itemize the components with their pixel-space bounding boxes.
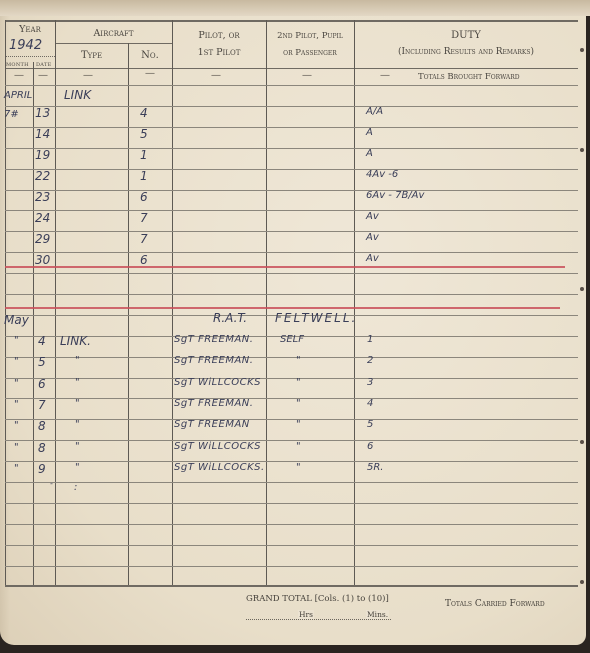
may-row-duty: 2 xyxy=(367,355,373,366)
dash-date: — xyxy=(38,70,48,81)
row-line xyxy=(5,273,578,274)
dash-month: — xyxy=(14,70,24,81)
may-row-aircraft-type: " xyxy=(75,398,80,409)
may-row-date: 5 xyxy=(38,355,46,369)
april-row-duty: Av xyxy=(366,232,379,243)
row-line xyxy=(5,461,578,462)
row-line xyxy=(5,169,578,170)
row-line xyxy=(5,545,578,546)
may-row-aircraft-type: " xyxy=(75,419,80,430)
may-station-prefix: R.A.T. xyxy=(213,311,247,325)
binding-hole xyxy=(580,580,584,584)
binding-hole xyxy=(580,440,584,444)
row-line xyxy=(5,440,578,441)
totals-brought-forward: Totals Brought Forward xyxy=(418,71,568,83)
april-row-date: 30 xyxy=(35,253,50,267)
april-row-aircraft-no: 7 xyxy=(140,211,148,225)
may-row-second-pilot: " xyxy=(296,441,301,452)
year-header: Year xyxy=(5,24,55,36)
may-row-second-pilot: " xyxy=(296,377,301,388)
row-line xyxy=(5,85,578,86)
april-row-duty: 6Av - 7B/Av xyxy=(366,190,424,201)
may-row-month-ditto: " xyxy=(14,356,19,367)
may-row-aircraft-type: LINK. xyxy=(60,334,91,348)
table-top-border xyxy=(5,20,578,22)
may-row-second-pilot: " xyxy=(296,462,301,473)
row-line xyxy=(5,378,578,379)
row-line xyxy=(5,252,578,253)
may-row-pilot: SgT WiLLCOCKS xyxy=(174,377,261,388)
dash-duty: — xyxy=(380,70,390,81)
col-line-second-duty xyxy=(354,20,355,585)
april-row-aircraft-no: 4 xyxy=(140,106,148,120)
may-row-duty: 6 xyxy=(367,441,373,452)
second-pilot-header-line2: or Passenger xyxy=(266,47,354,59)
binding-hole xyxy=(580,48,584,52)
trailing-mark-colon: : xyxy=(74,482,77,493)
may-row-aircraft-type: " xyxy=(75,462,80,473)
april-row-duty: A/A xyxy=(366,106,383,117)
may-row-duty: 3 xyxy=(367,377,373,388)
may-row-date: 6 xyxy=(38,377,46,391)
red-rule-may-start xyxy=(5,307,560,309)
may-row-date: 7 xyxy=(38,398,46,412)
may-row-date: 9 xyxy=(38,462,46,476)
row-line xyxy=(5,566,578,567)
year-dotted-line xyxy=(5,56,55,57)
may-row-pilot: SgT WiLLCOCKS. xyxy=(174,462,265,473)
may-row-pilot: SgT FREEMAN. xyxy=(174,355,253,366)
april-row-date: 14 xyxy=(35,127,50,141)
row-line xyxy=(5,357,578,358)
april-row-date: 22 xyxy=(35,169,50,183)
may-row-duty: 5R. xyxy=(367,462,384,473)
may-station-name: FELTWELL. xyxy=(275,311,357,325)
row-line xyxy=(5,210,578,211)
april-row-date: 23 xyxy=(35,190,50,204)
row-line xyxy=(5,190,578,191)
mins-label: Mins. xyxy=(366,610,389,619)
col-line-left xyxy=(5,20,6,585)
may-row-pilot: SgT FREEMAN xyxy=(174,419,250,430)
april-aircraft-type: LINK xyxy=(64,88,91,102)
may-row-duty: 5 xyxy=(367,419,373,430)
may-row-aircraft-type: " xyxy=(75,441,80,452)
april-row-aircraft-no: 7 xyxy=(140,232,148,246)
may-row-pilot: SgT FREEMAN. xyxy=(174,334,253,345)
april-row-aircraft-no: 1 xyxy=(140,169,148,183)
totals-carried-forward: Totals Carried Forward xyxy=(445,599,545,609)
duty-header: DUTY xyxy=(354,30,578,42)
may-row-month-ditto: " xyxy=(14,463,19,474)
may-row-date: 8 xyxy=(38,441,46,455)
hrs-label: Hrs xyxy=(298,610,314,619)
april-month-label: April xyxy=(4,90,32,101)
may-row-month-ditto: " xyxy=(14,399,19,410)
may-row-date: 8 xyxy=(38,419,46,433)
may-row-second-pilot: SELF xyxy=(280,334,304,345)
may-row-duty: 1 xyxy=(367,334,373,345)
dash-no: — xyxy=(145,68,155,79)
april-row-duty: 4Av -6 xyxy=(366,169,398,180)
april-row-aircraft-no: 5 xyxy=(140,127,148,141)
april-row-aircraft-no: 6 xyxy=(140,190,148,204)
col-line-date-type xyxy=(55,20,56,585)
binding-hole xyxy=(580,287,584,291)
dash-second-pilot: — xyxy=(302,70,312,81)
grand-total-label: GRAND TOTAL [Cols. (1) to (10)] xyxy=(246,594,389,604)
may-month-label: May xyxy=(4,313,29,327)
no-header: No. xyxy=(128,50,172,62)
year-value: 1942 xyxy=(9,38,42,53)
april-row-date: 24 xyxy=(35,211,50,225)
may-row-month-ditto: " xyxy=(14,378,19,389)
trailing-mark-dash: - xyxy=(50,479,53,488)
pilot-header-line1: Pilot, or xyxy=(172,30,266,42)
april-row-duty: A xyxy=(366,148,373,159)
may-row-pilot: SgT WiLLCOCKS xyxy=(174,441,261,452)
dash-type: — xyxy=(83,70,93,81)
april-row-duty: Av xyxy=(366,211,379,222)
pilot-header-line2: 1st Pilot xyxy=(172,47,266,59)
col-line-month-date xyxy=(33,62,34,585)
april-row-date: 19 xyxy=(35,148,50,162)
april-row-duty: A xyxy=(366,127,373,138)
may-row-second-pilot: " xyxy=(296,355,301,366)
may-row-month-ditto: " xyxy=(14,335,19,346)
april-row-date: 13 xyxy=(35,106,50,120)
type-header: Type xyxy=(55,50,128,62)
row-line xyxy=(5,419,578,420)
page-top-edge xyxy=(0,0,590,16)
april-month-mark: 7# xyxy=(4,109,19,120)
april-row-aircraft-no: 6 xyxy=(140,253,148,267)
may-row-duty: 4 xyxy=(367,398,373,409)
may-row-second-pilot: " xyxy=(296,419,301,430)
may-row-month-ditto: " xyxy=(14,420,19,431)
aircraft-subheader-line xyxy=(55,43,172,44)
row-line xyxy=(5,106,578,107)
may-row-aircraft-type: " xyxy=(75,377,80,388)
row-line xyxy=(5,482,578,483)
row-line xyxy=(5,148,578,149)
may-row-month-ditto: " xyxy=(14,442,19,453)
dash-pilot: — xyxy=(211,70,221,81)
col-line-no-pilot xyxy=(172,20,173,585)
aircraft-header: Aircraft xyxy=(55,28,172,40)
may-row-aircraft-type: " xyxy=(75,355,80,366)
header-bottom-line xyxy=(5,68,578,69)
row-line xyxy=(5,127,578,128)
red-rule-april-end xyxy=(5,266,565,268)
may-row-date: 4 xyxy=(38,334,46,348)
april-row-duty: Av xyxy=(366,253,379,264)
binding-hole xyxy=(580,148,584,152)
april-row-aircraft-no: 1 xyxy=(140,148,148,162)
row-line xyxy=(5,503,578,504)
row-line xyxy=(5,398,578,399)
date-header: DATE xyxy=(36,62,52,68)
table-bottom-border xyxy=(5,585,578,587)
row-line xyxy=(5,524,578,525)
month-header: MONTH xyxy=(6,62,29,68)
april-row-date: 29 xyxy=(35,232,50,246)
row-line xyxy=(5,294,578,295)
may-row-pilot: SgT FREEMAN. xyxy=(174,398,253,409)
duty-subheader: (Including Results and Remarks) xyxy=(354,46,578,58)
logbook-page: Year 1942 MONTH DATE Aircraft Type No. P… xyxy=(0,0,586,645)
col-line-pilot-second xyxy=(266,20,267,585)
may-row-second-pilot: " xyxy=(296,398,301,409)
second-pilot-header-line1: 2nd Pilot, Pupil xyxy=(266,30,354,42)
row-line xyxy=(5,231,578,232)
